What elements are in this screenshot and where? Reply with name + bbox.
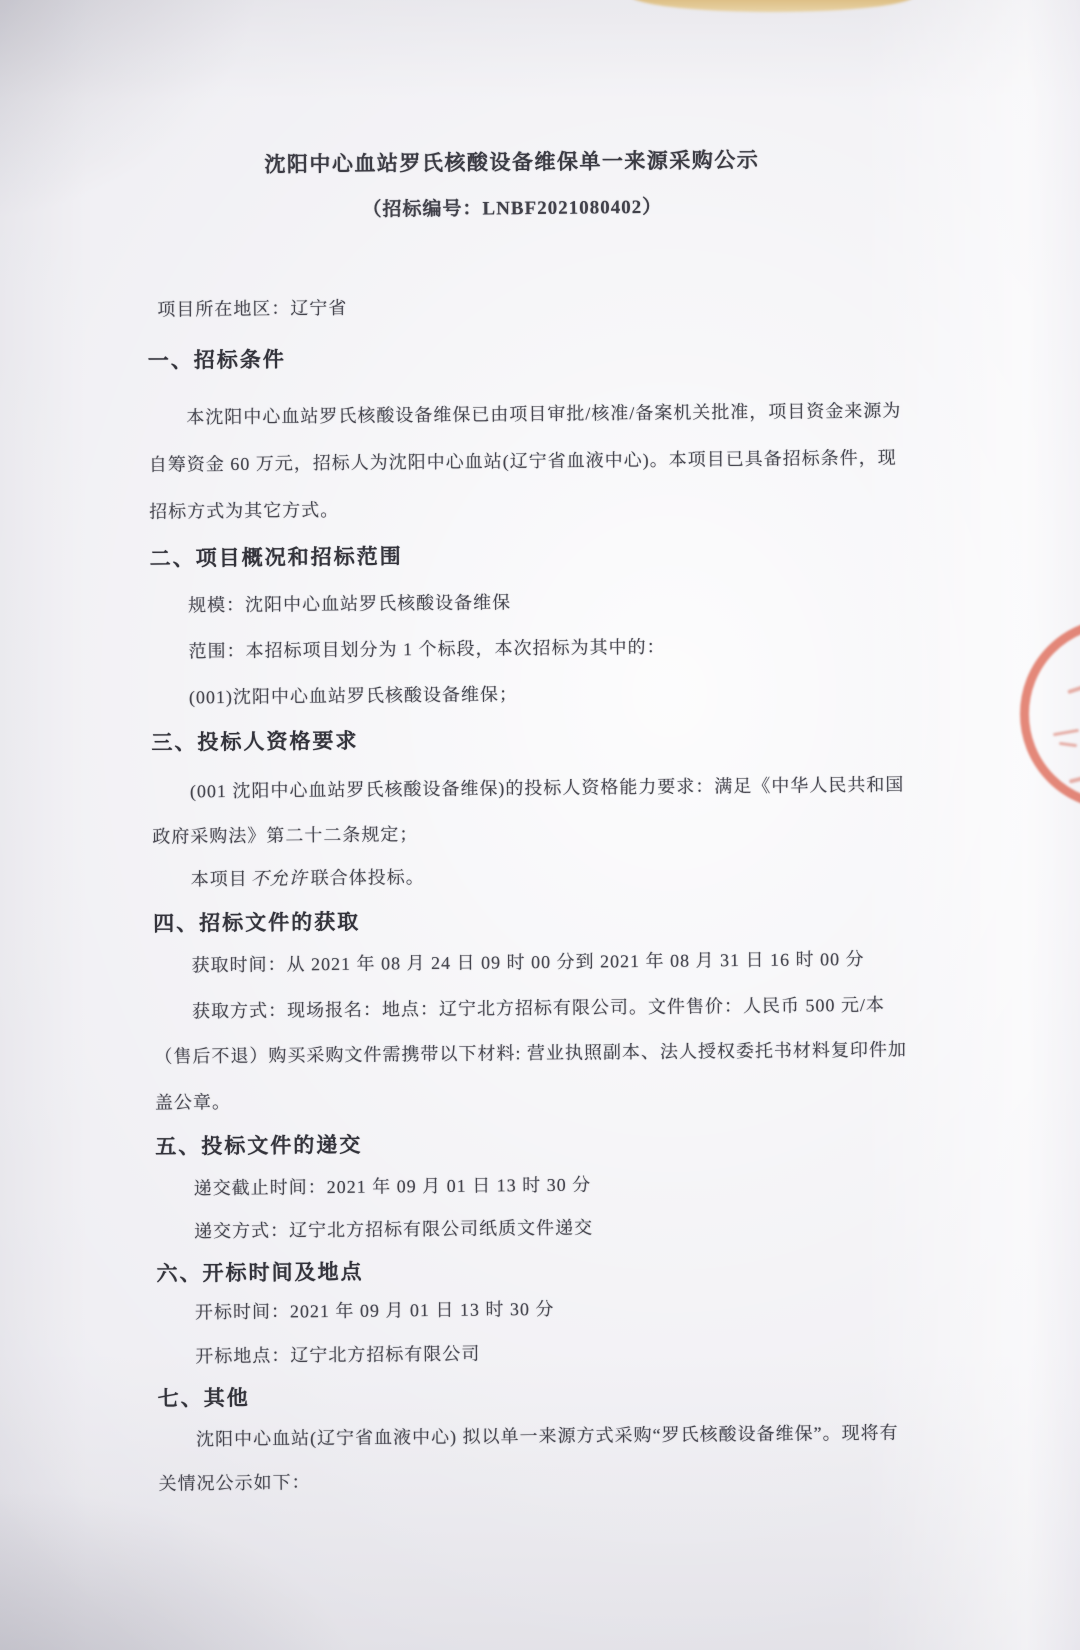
section1-line1: 本沈阳中心血站罗氏核酸设备维保已由项目审批/核准/备案机关批准，项目资金来源为 — [0, 395, 1032, 431]
section6-place-line: 开标地点：辽宁北方招标有限公司 — [5, 1334, 1041, 1370]
stamp-mark — [1067, 680, 1080, 694]
s3-line3-post: 联合体投标。 — [311, 867, 425, 888]
section4-line3: （售后不退）购买采购文件需携带以下材料: 营业执照副本、法人授权委托书材料复印件… — [2, 1034, 1038, 1070]
section1-line2: 自筹资金 60 万元，招标人为沈阳中心血站(辽宁省血液中心)。本项目已具备招标条… — [0, 442, 1033, 478]
section4-time-line: 获取时间：从 2021 年 08 月 24 日 09 时 00 分到 2021 … — [1, 943, 1037, 979]
section3-line2: 政府采购法》第二十二条规定； — [0, 814, 1036, 850]
section-heading-7: 七、其他 — [6, 1374, 1042, 1414]
tender-number: （招标编号：LNBF2021080402） — [0, 188, 1030, 225]
section-heading-2: 二、项目概况和招标范围 — [0, 534, 1034, 574]
stamp-mark — [1059, 742, 1077, 747]
document-title: 沈阳中心血站罗氏核酸设备维保单一来源采购公示 — [0, 141, 1030, 181]
section3-line3: 本项目不允许联合体投标。 — [1, 857, 1037, 893]
section-heading-3: 三、投标人资格要求 — [0, 718, 1036, 758]
s3-line3-pre: 本项目 — [191, 869, 248, 890]
section-heading-5: 五、投标文件的递交 — [3, 1122, 1039, 1162]
photographed-document-page: { "colors": { "paper": "#edecf1", "text"… — [0, 0, 1080, 1650]
section-heading-4: 四、招标文件的获取 — [1, 899, 1037, 939]
s3-line3-emphasis: 不允许 — [248, 868, 311, 889]
section7-line1: 沈阳中心血站(辽宁省血液中心) 拟以单一来源方式采购“罗氏核酸设备维保”。现将有 — [6, 1417, 1042, 1453]
section-heading-1: 一、招标条件 — [0, 336, 1032, 376]
section5-method-line: 递交方式：辽宁北方招标有限公司纸质文件递交 — [4, 1209, 1040, 1245]
section-heading-6: 六、开标时间及地点 — [4, 1249, 1040, 1289]
section4-method-line: 获取方式：现场报名：地点：辽宁北方招标有限公司。文件售价：人民币 500 元/本 — [2, 989, 1038, 1025]
section6-time-line: 开标时间：2021 年 09 月 01 日 13 时 30 分 — [5, 1290, 1041, 1326]
stamp-mark — [1069, 774, 1080, 783]
section1-line3: 招标方式为其它方式。 — [0, 489, 1033, 525]
project-region-line: 项目所在地区：辽宁省 — [0, 287, 1031, 323]
section2-lot-line: (001)沈阳中心血站罗氏核酸设备维保； — [0, 675, 1035, 711]
stamp-mark — [1053, 729, 1079, 736]
section4-line4: 盖公章。 — [3, 1080, 1039, 1116]
section7-line2: 关情况公示如下： — [6, 1461, 1042, 1497]
section2-scale-line: 规模：沈阳中心血站罗氏核酸设备维保 — [0, 583, 1034, 619]
section3-line1: (001 沈阳中心血站罗氏核酸设备维保)的投标人资格能力要求：满足《中华人民共和… — [0, 769, 1036, 805]
section2-scope-line: 范围：本招标项目划分为 1 个标段，本次招标为其中的： — [0, 629, 1035, 665]
section5-deadline-line: 递交截止时间：2021 年 09 月 01 日 13 时 30 分 — [4, 1166, 1040, 1202]
document-body: 沈阳中心血站罗氏核酸设备维保单一来源采购公示 （招标编号：LNBF2021080… — [0, 0, 1080, 1650]
